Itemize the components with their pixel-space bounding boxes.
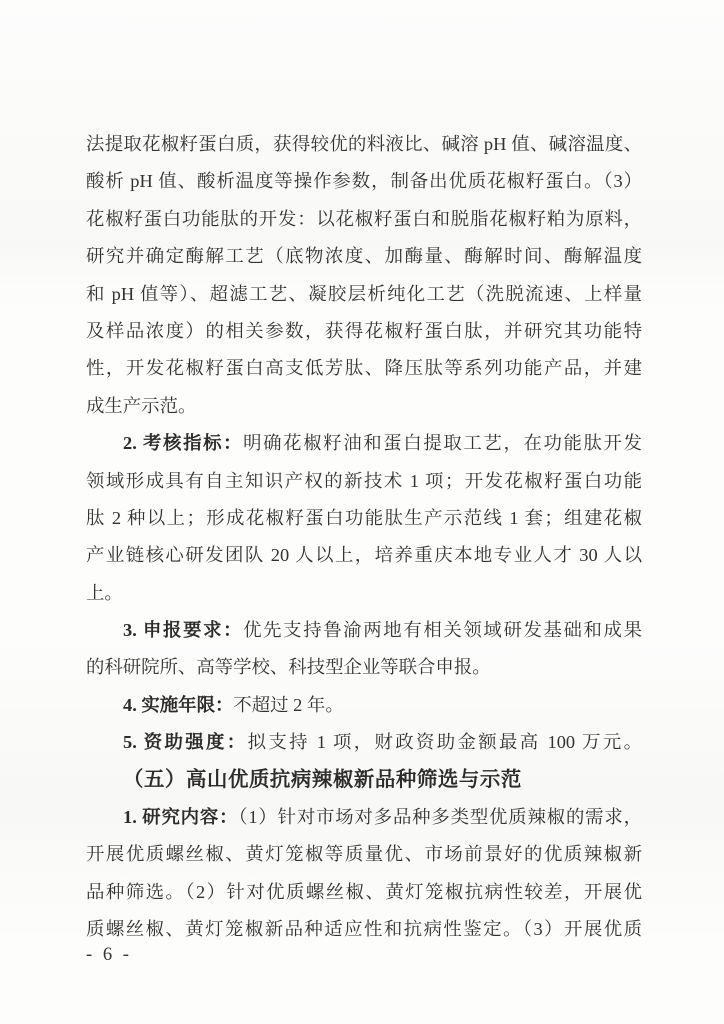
text-line: 酸析 pH 值、酸析温度等操作参数，制备出优质花椒籽蛋白。（3） xyxy=(86,163,642,200)
text-line: 花椒籽蛋白功能肽的开发：以花椒籽蛋白和脱脂花椒籽粕为原料， xyxy=(86,201,642,238)
text-line: 领域形成具有自主知识产权的新技术 1 项；开发花椒籽蛋白功能 xyxy=(86,463,642,500)
text-line: 品种筛选。（2）针对优质螺丝椒、黄灯笼椒抗病性较差，开展优 xyxy=(86,874,642,911)
text-run: 及样品浓度）的相关参数，获得花椒籽蛋白肽，并研究其功能特 xyxy=(86,321,642,341)
text-line: 和 pH 值等）、超滤工艺、凝胶层析纯化工艺（洗脱流速、上样量 xyxy=(86,276,642,313)
text-line: 4. 实施年限：不超过 2 年。 xyxy=(86,687,642,724)
text-line: 肽 2 种以上；形成花椒籽蛋白功能肽生产示范线 1 套；组建花椒 xyxy=(86,500,642,537)
document-body: 法提取花椒籽蛋白质，获得较优的料液比、碱溶 pH 值、碱溶温度、酸析 pH 值、… xyxy=(86,126,642,949)
text-run: 优先支持鲁渝两地有相关领域研发基础和成果 xyxy=(243,620,642,640)
text-line: 3. 申报要求：优先支持鲁渝两地有相关领域研发基础和成果 xyxy=(86,612,642,649)
text-line: 成生产示范。 xyxy=(86,388,642,425)
text-run: 明确花椒籽油和蛋白提取工艺，在功能肽开发 xyxy=(243,433,642,453)
text-line: 上。 xyxy=(86,575,642,612)
text-run: 花椒籽蛋白功能肽的开发：以花椒籽蛋白和脱脂花椒籽粕为原料， xyxy=(86,209,642,229)
text-line: 性，开发花椒籽蛋白高支低芳肽、降压肽等系列功能产品，并建 xyxy=(86,350,642,387)
text-run: 不超过 2 年。 xyxy=(233,695,343,715)
text-run: （1）针对市场对多品种多类型优质辣椒的需求， xyxy=(238,807,642,827)
text-run: （五）高山优质抗病辣椒新品种筛选与示范 xyxy=(123,769,522,791)
text-run: 拟支持 1 项，财政资助金额最高 100 万元。 xyxy=(248,732,642,752)
text-line: 2. 考核指标：明确花椒籽油和蛋白提取工艺，在功能肽开发 xyxy=(86,425,642,462)
text-line: 开展优质螺丝椒、黄灯笼椒等质量优、市场前景好的优质辣椒新 xyxy=(86,836,642,873)
text-line: 1. 研究内容：（1）针对市场对多品种多类型优质辣椒的需求， xyxy=(86,799,642,836)
text-run: 的科研院所、高等学校、科技型企业等联合申报。 xyxy=(86,657,491,677)
paragraph-label: 1. 研究内容： xyxy=(123,807,238,827)
text-line: 法提取花椒籽蛋白质，获得较优的料液比、碱溶 pH 值、碱溶温度、 xyxy=(86,126,642,163)
text-line: 5. 资助强度：拟支持 1 项，财政资助金额最高 100 万元。 xyxy=(86,724,642,761)
text-line: 研究并确定酶解工艺（底物浓度、加酶量、酶解时间、酶解温度 xyxy=(86,238,642,275)
text-run: 法提取花椒籽蛋白质，获得较优的料液比、碱溶 pH 值、碱溶温度、 xyxy=(86,134,642,154)
paragraph-label: 3. 申报要求： xyxy=(123,620,243,640)
scanned-document-page: 法提取花椒籽蛋白质，获得较优的料液比、碱溶 pH 值、碱溶温度、酸析 pH 值、… xyxy=(0,0,724,1024)
text-run: 性，开发花椒籽蛋白高支低芳肽、降压肽等系列功能产品，并建 xyxy=(86,358,642,378)
text-run: 品种筛选。（2）针对优质螺丝椒、黄灯笼椒抗病性较差，开展优 xyxy=(86,882,642,902)
paragraph-label: 4. 实施年限： xyxy=(123,695,233,715)
paragraph-label: 2. 考核指标： xyxy=(123,433,243,453)
text-run: 成生产示范。 xyxy=(86,396,196,416)
text-line: 及样品浓度）的相关参数，获得花椒籽蛋白肽，并研究其功能特 xyxy=(86,313,642,350)
text-run: 上。 xyxy=(86,583,123,603)
text-run: 开展优质螺丝椒、黄灯笼椒等质量优、市场前景好的优质辣椒新 xyxy=(86,844,642,864)
page-number: - 6 - xyxy=(86,936,132,973)
text-run: 产业链核心研发团队 20 人以上，培养重庆本地专业人才 30 人以 xyxy=(86,545,642,565)
text-run: 领域形成具有自主知识产权的新技术 1 项；开发花椒籽蛋白功能 xyxy=(86,471,642,491)
text-run: 质螺丝椒、黄灯笼椒新品种适应性和抗病性鉴定。（3）开展优质 xyxy=(86,919,642,939)
section-heading: （五）高山优质抗病辣椒新品种筛选与示范 xyxy=(86,762,642,799)
text-line: 质螺丝椒、黄灯笼椒新品种适应性和抗病性鉴定。（3）开展优质 xyxy=(86,911,642,948)
paragraph-label: 5. 资助强度： xyxy=(123,732,248,752)
text-run: 和 pH 值等）、超滤工艺、凝胶层析纯化工艺（洗脱流速、上样量 xyxy=(86,284,642,304)
text-line: 的科研院所、高等学校、科技型企业等联合申报。 xyxy=(86,649,642,686)
text-run: 研究并确定酶解工艺（底物浓度、加酶量、酶解时间、酶解温度 xyxy=(86,246,642,266)
text-run: 酸析 pH 值、酸析温度等操作参数，制备出优质花椒籽蛋白。（3） xyxy=(86,171,642,191)
text-run: 肽 2 种以上；形成花椒籽蛋白功能肽生产示范线 1 套；组建花椒 xyxy=(86,508,642,528)
text-line: 产业链核心研发团队 20 人以上，培养重庆本地专业人才 30 人以 xyxy=(86,537,642,574)
